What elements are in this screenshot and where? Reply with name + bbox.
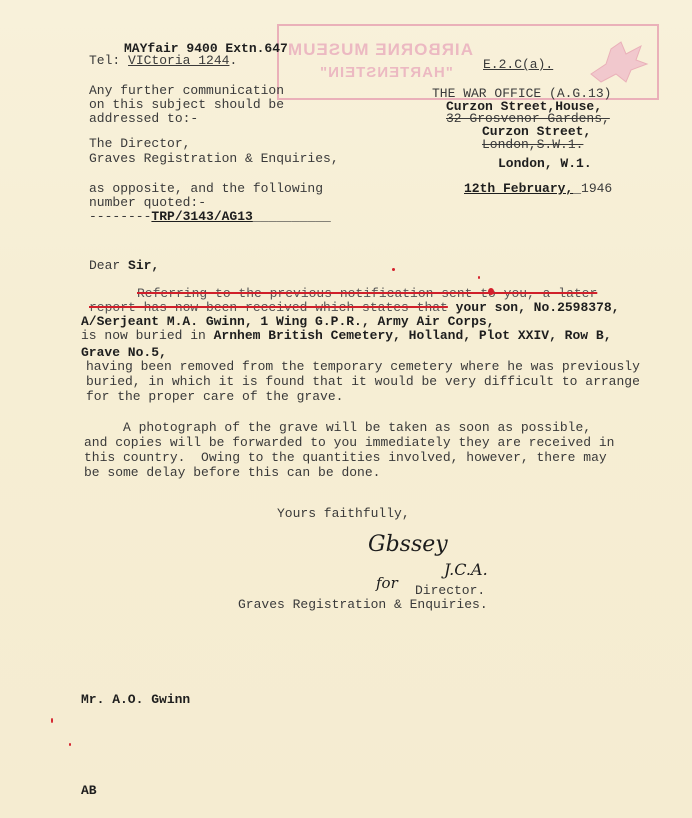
grave-number: Grave No.5, xyxy=(81,345,167,360)
signature-initials: J.C.A. xyxy=(444,560,488,579)
addressee-line-1: The Director, xyxy=(89,136,190,151)
cemetery-location: Arnhem British Cemetery, Holland, Plot X… xyxy=(214,328,612,343)
stamp-line-1: AIRBORNE MUSEUM xyxy=(287,40,473,60)
city: London, W.1. xyxy=(498,156,592,171)
salutation-name: Sir, xyxy=(128,258,159,273)
para2-line-3: this country. Owing to the quantities in… xyxy=(84,450,607,465)
soldier-details: A/Serjeant M.A. Gwinn, 1 Wing G.P.R., Ar… xyxy=(81,314,494,329)
para1-rest-1: having been removed from the temporary c… xyxy=(86,359,640,374)
reference-suffix: __________ xyxy=(253,209,331,224)
reference-prefix: -------- xyxy=(89,209,151,224)
red-ink-mark xyxy=(488,288,494,295)
reference-number: TRP/3143/AG13 xyxy=(151,209,252,224)
signatory-title: Director. xyxy=(415,583,485,598)
red-ink-dot xyxy=(392,268,395,271)
tel-line: Tel: VICtoria 1244. xyxy=(89,53,237,68)
office-code: E.2.C(a). xyxy=(483,57,553,72)
signature: Gbssey xyxy=(368,532,448,557)
para2-line-4: be some delay before this can be done. xyxy=(84,465,380,480)
quote-line-2: number quoted:- xyxy=(89,195,206,210)
quote-line-1: as opposite, and the following xyxy=(89,181,323,196)
for-mark: for xyxy=(376,574,398,592)
date-year: 1946 xyxy=(581,181,612,196)
tel-label: Tel: xyxy=(89,53,120,68)
stamp-text-mirrored: AIRBORNE MUSEUM xyxy=(287,40,473,60)
communication-line-1: Any further communication xyxy=(89,83,284,98)
red-ink-dot xyxy=(478,276,480,279)
son-number: your son, No.2598378, xyxy=(448,300,620,315)
stamp-text-mirrored-2: "HARTENSTEIN" xyxy=(319,64,453,81)
salutation: Dear Sir, xyxy=(89,258,159,273)
recipient-name: Mr. A.O. Gwinn xyxy=(81,692,190,707)
para2-line-2: and copies will be forwarded to you imme… xyxy=(84,435,615,450)
stamp-line-2: "HARTENSTEIN" xyxy=(319,64,453,81)
reference-line: --------TRP/3143/AG13__________ xyxy=(89,209,331,224)
signatory-department: Graves Registration & Enquiries. xyxy=(238,597,488,612)
letter-paper: AIRBORNE MUSEUM "HARTENSTEIN" MAYfair 94… xyxy=(0,0,692,818)
para2-line-1: A photograph of the grave will be taken … xyxy=(84,420,591,435)
pegasus-emblem-icon xyxy=(581,34,651,90)
address-struck-2: London,S.W.1. xyxy=(482,137,583,152)
para1-rest-3: for the proper care of the grave. xyxy=(86,389,343,404)
tel-struck: VICtoria 1244 xyxy=(128,53,229,68)
communication-line-3: addressed to:- xyxy=(89,111,198,126)
valediction: Yours faithfully, xyxy=(277,506,410,521)
burial-prefix: is now buried in xyxy=(81,328,214,343)
struck-line-2: report has now been received which state… xyxy=(89,300,448,315)
salutation-prefix: Dear xyxy=(89,258,128,273)
date-day-month: 12th February, xyxy=(464,181,573,196)
typist-initials: AB xyxy=(81,783,97,798)
communication-line-2: on this subject should be xyxy=(89,97,284,112)
red-ink-dot xyxy=(51,718,53,723)
para1-rest-2: buried, in which it is found that it wou… xyxy=(86,374,640,389)
burial-line: is now buried in Arnhem British Cemetery… xyxy=(81,328,612,343)
letter-date: 12th February,_1946 xyxy=(464,181,612,196)
red-ink-dot xyxy=(69,743,71,746)
struck-line-1: Referring to the previous notification s… xyxy=(137,286,597,301)
addressee-line-2: Graves Registration & Enquiries, xyxy=(89,151,339,166)
para1-line-2: report has now been received which state… xyxy=(89,300,620,315)
